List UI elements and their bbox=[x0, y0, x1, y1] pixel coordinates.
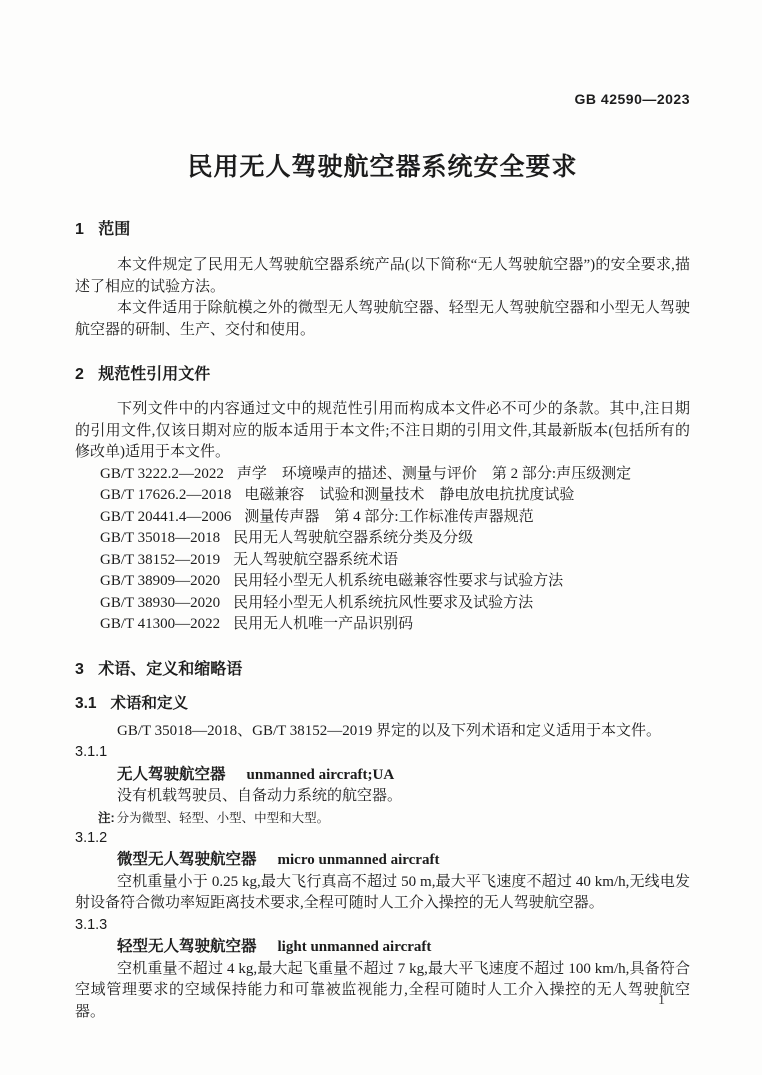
reference-item: GB/T 41300—2022民用无人机唯一产品识别码 bbox=[75, 614, 690, 636]
reference-code: GB/T 41300—2022 bbox=[100, 616, 220, 632]
reference-item: GB/T 17626.2—2018电磁兼容 试验和测量技术 静电放电抗扰度试验 bbox=[75, 485, 690, 507]
section-terms: 3术语、定义和缩略语 3.1术语和定义 GB/T 35018—2018、GB/T… bbox=[75, 660, 690, 1024]
normative-references-heading: 2规范性引用文件 bbox=[75, 365, 690, 384]
reference-item: GB/T 38909—2020民用轻小型无人机系统电磁兼容性要求与试验方法 bbox=[75, 571, 690, 593]
term-clause-number: 3.1.2 bbox=[75, 828, 690, 850]
reference-item: GB/T 38930—2020民用轻小型无人机系统抗风性要求及试验方法 bbox=[75, 593, 690, 615]
reference-title: 声学 环境噪声的描述、测量与评价 第 2 部分:声压级测定 bbox=[237, 466, 631, 482]
document-title: 民用无人驾驶航空器系统安全要求 bbox=[75, 152, 690, 182]
scope-paragraph-1: 本文件规定了民用无人驾驶航空器系统产品(以下简称“无人驾驶航空器”)的安全要求,… bbox=[75, 255, 690, 298]
normative-references-heading-number: 2 bbox=[75, 366, 84, 383]
reference-list: GB/T 3222.2—2022声学 环境噪声的描述、测量与评价 第 2 部分:… bbox=[75, 464, 690, 636]
terms-heading-text: 术语、定义和缩略语 bbox=[98, 661, 242, 678]
term-name-en: light unmanned aircraft bbox=[278, 939, 432, 955]
reference-code: GB/T 20441.4—2006 bbox=[100, 509, 231, 525]
reference-code: GB/T 35018—2018 bbox=[100, 530, 220, 546]
reference-code: GB/T 38152—2019 bbox=[100, 552, 220, 568]
terms-subheading-number: 3.1 bbox=[75, 695, 97, 712]
reference-title: 民用无人机唯一产品识别码 bbox=[233, 616, 413, 632]
normative-references-intro: 下列文件中的内容通过文中的规范性引用而构成本文件必不可少的条款。其中,注日期的引… bbox=[75, 399, 690, 464]
term-definition: 空机重量小于 0.25 kg,最大飞行真高不超过 50 m,最大平飞速度不超过 … bbox=[75, 872, 690, 915]
term-title: 无人驾驶航空器unmanned aircraft;UA bbox=[117, 764, 690, 787]
reference-title: 民用轻小型无人机系统电磁兼容性要求与试验方法 bbox=[233, 573, 563, 589]
scope-paragraph-2: 本文件适用于除航模之外的微型无人驾驶航空器、轻型无人驾驶航空器和小型无人驾驶航空… bbox=[75, 298, 690, 341]
page-number: 1 bbox=[658, 993, 665, 1009]
normative-references-heading-text: 规范性引用文件 bbox=[98, 366, 210, 383]
document-page: GB 42590—2023 民用无人驾驶航空器系统安全要求 1范围 本文件规定了… bbox=[0, 0, 762, 1075]
section-normative-references: 2规范性引用文件 下列文件中的内容通过文中的规范性引用而构成本文件必不可少的条款… bbox=[75, 365, 690, 636]
scope-heading-text: 范围 bbox=[98, 221, 130, 238]
reference-item: GB/T 35018—2018民用无人驾驶航空器系统分类及分级 bbox=[75, 528, 690, 550]
term-name-zh: 无人驾驶航空器 bbox=[117, 766, 226, 783]
terms-subheading-text: 术语和定义 bbox=[111, 695, 189, 712]
standard-code-header: GB 42590—2023 bbox=[575, 91, 690, 107]
reference-code: GB/T 38930—2020 bbox=[100, 595, 220, 611]
term-name-en: unmanned aircraft;UA bbox=[247, 767, 395, 783]
term-name-en: micro unmanned aircraft bbox=[278, 852, 440, 868]
reference-title: 测量传声器 第 4 部分:工作标准传声器规范 bbox=[244, 509, 533, 525]
term-definition: 没有机载驾驶员、自备动力系统的航空器。 bbox=[75, 786, 690, 808]
term-clause-number: 3.1.1 bbox=[75, 742, 690, 764]
terms-subheading: 3.1术语和定义 bbox=[75, 694, 690, 713]
section-scope: 1范围 本文件规定了民用无人驾驶航空器系统产品(以下简称“无人驾驶航空器”)的安… bbox=[75, 220, 690, 341]
term-note-label: 注: bbox=[98, 811, 115, 825]
reference-item: GB/T 20441.4—2006测量传声器 第 4 部分:工作标准传声器规范 bbox=[75, 507, 690, 529]
term-title: 微型无人驾驶航空器micro unmanned aircraft bbox=[117, 849, 690, 872]
reference-code: GB/T 38909—2020 bbox=[100, 573, 220, 589]
term-clause-number: 3.1.3 bbox=[75, 915, 690, 937]
reference-item: GB/T 3222.2—2022声学 环境噪声的描述、测量与评价 第 2 部分:… bbox=[75, 464, 690, 486]
scope-heading-number: 1 bbox=[75, 221, 84, 238]
term-name-zh: 轻型无人驾驶航空器 bbox=[117, 938, 257, 955]
term-definition: 空机重量不超过 4 kg,最大起飞重量不超过 7 kg,最大平飞速度不超过 10… bbox=[75, 959, 690, 1024]
term-title: 轻型无人驾驶航空器light unmanned aircraft bbox=[117, 936, 690, 959]
terms-intro: GB/T 35018—2018、GB/T 38152—2019 界定的以及下列术… bbox=[75, 721, 690, 743]
term-entry-2: 3.1.2 微型无人驾驶航空器micro unmanned aircraft 空… bbox=[75, 828, 690, 915]
reference-code: GB/T 3222.2—2022 bbox=[100, 466, 224, 482]
reference-title: 民用无人驾驶航空器系统分类及分级 bbox=[233, 530, 473, 546]
reference-title: 无人驾驶航空器系统术语 bbox=[233, 552, 398, 568]
terms-heading-number: 3 bbox=[75, 661, 84, 678]
term-note: 注:分为微型、轻型、小型、中型和大型。 bbox=[98, 808, 690, 828]
term-entry-3: 3.1.3 轻型无人驾驶航空器light unmanned aircraft 空… bbox=[75, 915, 690, 1024]
term-name-zh: 微型无人驾驶航空器 bbox=[117, 851, 257, 868]
terms-heading: 3术语、定义和缩略语 bbox=[75, 660, 690, 679]
term-entry-1: 3.1.1 无人驾驶航空器unmanned aircraft;UA 没有机载驾驶… bbox=[75, 742, 690, 828]
reference-item: GB/T 38152—2019无人驾驶航空器系统术语 bbox=[75, 550, 690, 572]
term-note-text: 分为微型、轻型、小型、中型和大型。 bbox=[117, 811, 330, 825]
reference-code: GB/T 17626.2—2018 bbox=[100, 487, 231, 503]
reference-title: 电磁兼容 试验和测量技术 静电放电抗扰度试验 bbox=[244, 487, 574, 503]
scope-heading: 1范围 bbox=[75, 220, 690, 239]
reference-title: 民用轻小型无人机系统抗风性要求及试验方法 bbox=[233, 595, 533, 611]
